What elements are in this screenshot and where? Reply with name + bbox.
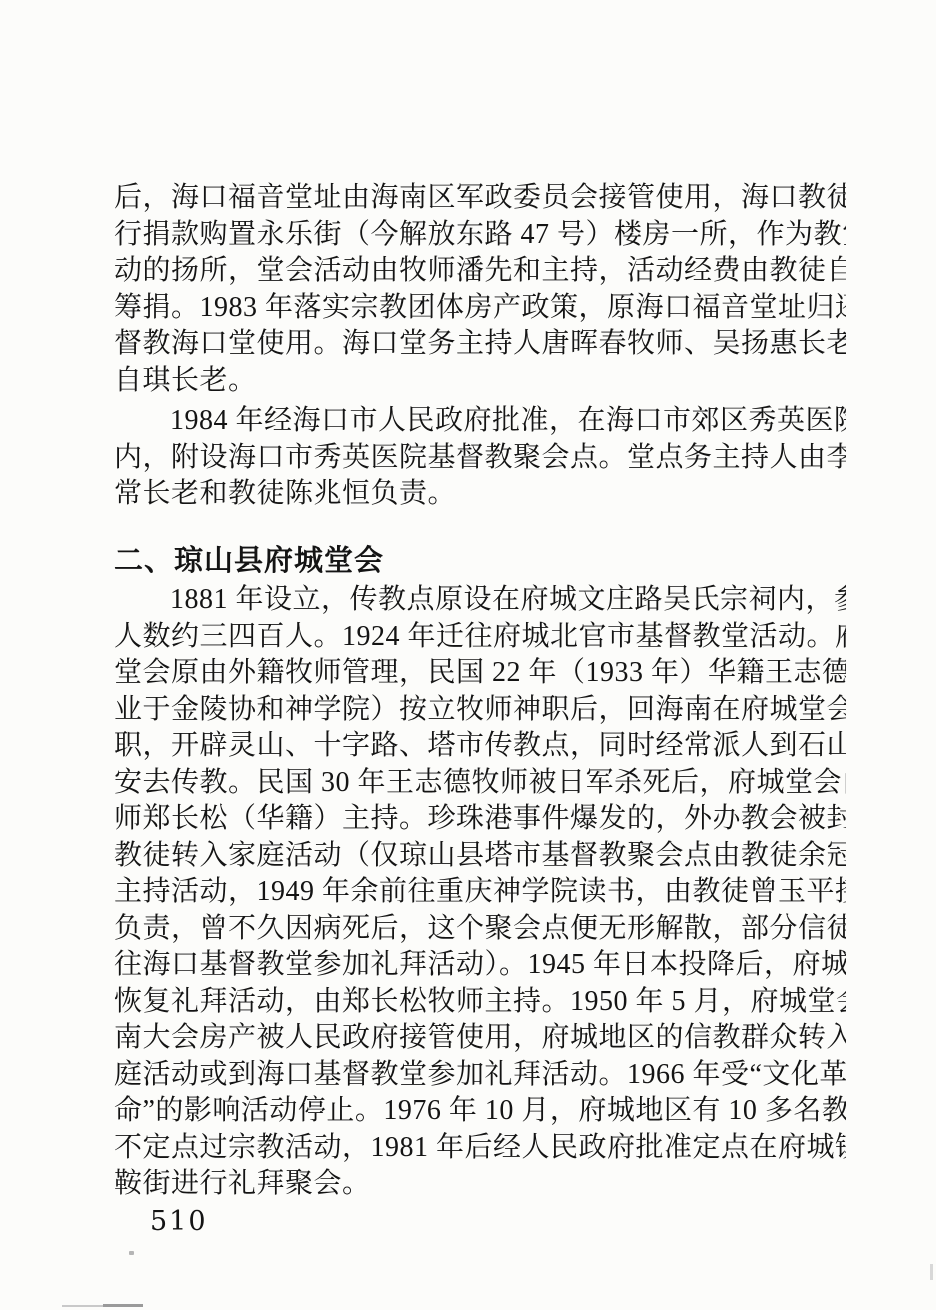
text-line: 1881 年设立，传教点原设在府城文庄路吴氏宗祠内，参加 (114, 582, 846, 619)
paragraph-xiuying-meeting-point: 1984 年经海口市人民政府批准，在海口市郊区秀英医院 内，附设海口市秀英医院基… (114, 403, 846, 513)
text-column: 后，海口福音堂址由海南区军政委员会接管使用，海口教徒自 行捐款购置永乐街（今解放… (114, 180, 846, 1238)
scan-edge-artifact (930, 1264, 933, 1280)
scan-line-artifact (103, 1304, 143, 1307)
text-line: 行捐款购置永乐街（今解放东路 47 号）楼房一所，作为教堂活 (114, 217, 846, 254)
page-number: 510 (114, 1206, 846, 1238)
text-line: 职，开辟灵山、十字路、塔市传教点，同时经常派人到石山、樊 (114, 728, 846, 765)
text-line: 教徒转入家庭活动（仅琼山县塔市基督教聚会点由教徒余冠球 (114, 838, 846, 875)
paragraph-qiongshan-fucheng-church: 1881 年设立，传教点原设在府城文庄路吴氏宗祠内，参加 人数约三四百人。192… (114, 582, 846, 1203)
text-line: 负责，曾不久因病死后，这个聚会点便无形解散，部分信徒前 (114, 911, 846, 948)
text-line: 督教海口堂使用。海口堂务主持人唐晖春牧师、吴扬惠长老、蔡 (114, 326, 846, 363)
text-line: 南大会房产被人民政府接管使用，府城地区的信教群众转入家 (114, 1020, 846, 1057)
text-line: 常长老和教徒陈兆恒负责。 (114, 476, 846, 513)
text-line: 师郑长松（华籍）主持。珍珠港事件爆发的，外办教会被封闭， (114, 801, 846, 838)
text-line: 命”的影响活动停止。1976 年 10 月，府城地区有 10 多名教徒 (114, 1093, 846, 1130)
text-line: 庭活动或到海口基督教堂参加礼拜活动。1966 年受“文化革 (114, 1057, 846, 1094)
text-line: 不定点过宗教活动，1981 年后经人民政府批准定点在府城镇马 (114, 1130, 846, 1167)
text-line: 业于金陵协和神学院）按立牧师神职后，回海南在府城堂会任 (114, 692, 846, 729)
text-line: 人数约三四百人。1924 年迁往府城北官市基督教堂活动。府城 (114, 619, 846, 656)
scan-line-artifact (62, 1305, 107, 1307)
text-line: 动的扬所，堂会活动由牧师潘先和主持，活动经费由教徒自行 (114, 253, 846, 290)
text-line: 自琪长老。 (114, 363, 846, 400)
section-heading: 二、琼山县府城堂会 (114, 543, 846, 580)
text-line: 安去传教。民国 30 年王志德牧师被日军杀死后，府城堂会由牧 (114, 765, 846, 802)
text-line: 后，海口福音堂址由海南区军政委员会接管使用，海口教徒自 (114, 180, 846, 217)
text-line: 1984 年经海口市人民政府批准，在海口市郊区秀英医院 (114, 403, 846, 440)
text-line: 内，附设海口市秀英医院基督教聚会点。堂点务主持人由李玉 (114, 440, 846, 477)
text-line: 往海口基督教堂参加礼拜活动）。1945 年日本投降后，府城堂会 (114, 947, 846, 984)
text-line: 筹捐。1983 年落实宗教团体房产政策，原海口福音堂址归还基 (114, 290, 846, 327)
scanned-book-page: 后，海口福音堂址由海南区军政委员会接管使用，海口教徒自 行捐款购置永乐街（今解放… (0, 0, 936, 1310)
paragraph-haikou-gospel-hall: 后，海口福音堂址由海南区军政委员会接管使用，海口教徒自 行捐款购置永乐街（今解放… (114, 180, 846, 399)
text-line: 恢复礼拜活动，由郑长松牧师主持。1950 年 5 月，府城堂会、海 (114, 984, 846, 1021)
text-line: 主持活动，1949 年余前往重庆神学院读书，由教徒曾玉平接替 (114, 874, 846, 911)
text-line: 堂会原由外籍牧师管理，民国 22 年（1933 年）华籍王志德（毕 (114, 655, 846, 692)
text-line: 鞍街进行礼拜聚会。 (114, 1166, 846, 1203)
scan-speckle-artifact (129, 1251, 134, 1255)
